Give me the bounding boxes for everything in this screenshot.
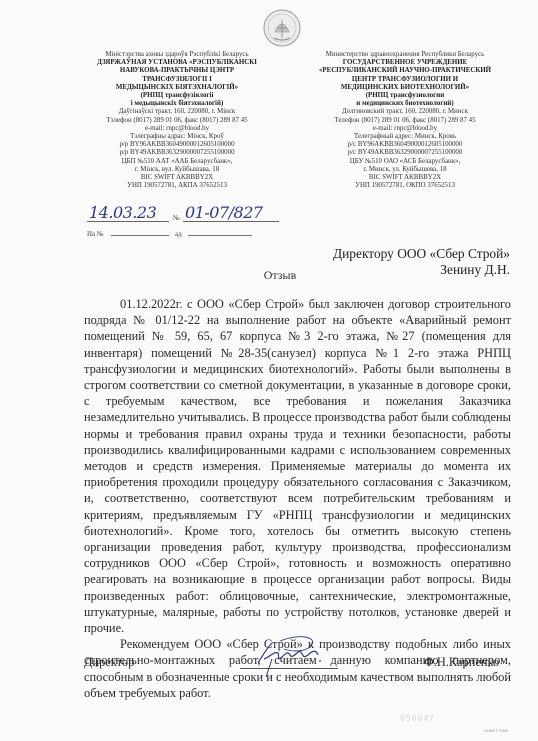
signatory-position: Директор [84,655,134,670]
from-label: ад [175,230,182,238]
org-address: Даўгінаўскі тракт, 160, 220080, г. Мінск [72,108,282,116]
org-name-line: і медыцынскіх біятэхналогій) [72,100,282,108]
body-paragraph: 01.12.2022г. с ООО «Сбер Строй» был закл… [84,296,511,636]
org-email: e-mail: rnpc@blood.by [296,125,514,133]
bank-swift: BIC SWIFT AKBBBY2X [296,174,514,182]
registration-line: 14.03.23 № 01-07/827 [87,203,287,225]
org-name-line: и медицинских биотехнологий) [296,100,514,108]
reply-reference-line: На № ад [87,230,252,238]
org-telegraph: Телеграфный адрес: Минск, Кровь [296,133,514,141]
org-name-line: НАВУКОВА-ПРАКТЫЧНЫ ЦЭНТР [72,67,282,75]
handwritten-signature-icon [250,633,330,678]
bank-address: г. Минск, ул. Куйбышева, 18 [296,166,514,174]
reply-date-field [188,235,252,236]
letterhead-russian: Министерство здравоохранения Республики … [296,51,514,190]
bank-name: ЦБП №510 ААТ «ААБ Беларусбанк», [72,158,282,166]
org-name-line: ТРАНСФУЗІЯЛОГІІ І [72,76,282,84]
form-serial-number: 056047 [400,714,435,723]
state-emblem-icon [262,8,302,48]
ministry-name: Міністэрства аховы здароўя Рэспублікі Бе… [72,51,282,59]
org-unp: УНП 190572781, ОКПО 37652513 [296,182,514,190]
reply-number-field [111,235,169,236]
addressee-position: Директору ООО «Сбер Строй» [333,246,510,262]
org-name-line: МЕДЫЦЫНСКІХ БІЯТЭХНАЛОГІЙ» [72,84,282,92]
letterhead-belarusian: Міністэрства аховы здароўя Рэспублікі Бе… [72,51,282,190]
bank-account: р/р BY96AKBB36049000012605100000 [72,141,282,149]
org-telegraph: Тэлеграфны адрас: Мінск, Кроў [72,133,282,141]
org-address: Долгиновский тракт, 160, 220080, г. Минс… [296,108,514,116]
org-name-line: ДЗЯРЖАЎНАЯ УСТАНОВА «РЭСПУБЛІКАНСКІ [72,59,282,67]
number-sign: № [173,214,180,222]
number-underline [183,221,279,222]
bank-account: р/р BY49AKBB36329000007255100000 [72,149,282,157]
org-phone: Телефон (8017) 289 01 06, факс (8017) 28… [296,117,514,125]
bank-name: ЦБУ №510 ОАО «АСБ Беларусбанк», [296,158,514,166]
document-title: Отзыв [0,268,538,283]
registration-date: 14.03.23 [89,203,156,222]
org-unp: УНП 190572781, АКПА 37652513 [72,182,282,190]
org-phone: Тэлефон (8017) 289 01 06, факс (8017) 28… [72,117,282,125]
date-underline [87,221,169,222]
bank-account: р/с BY96AKBB36049000012605100000 [296,141,514,149]
org-name-line: «РЕСПУБЛИКАНСКИЙ НАУЧНО-ПРАКТИЧЕСКИЙ [296,67,514,75]
org-name-line: ЦЕНТР ТРАНСФУЗИОЛОГИИ И [296,76,514,84]
bank-account: р/с BY49AKBB36329000007255100000 [296,149,514,157]
bank-swift: BIC SWIFT AKBBBY2X [72,174,282,182]
bank-address: г. Мінск, вул. Куйбышава, 18 [72,166,282,174]
signatory-name: Ф.Н.Карпенко [424,655,499,670]
org-name-line: (РНПЦ трансфузиологии [296,92,514,100]
org-name-line: (РНПЦ трансфузіялогіі [72,92,282,100]
reply-label: На № [87,230,104,238]
print-code: 3.1540 Т. 5 000 [484,729,508,733]
registration-number: 01-07/827 [185,203,263,222]
org-name-line: МЕДИЦИНСКИХ БИОТЕХНОЛОГИЙ» [296,84,514,92]
org-email: e-mail: rnpc@blood.by [72,125,282,133]
signature-line [240,668,338,669]
ministry-name: Министерство здравоохранения Республики … [296,51,514,59]
